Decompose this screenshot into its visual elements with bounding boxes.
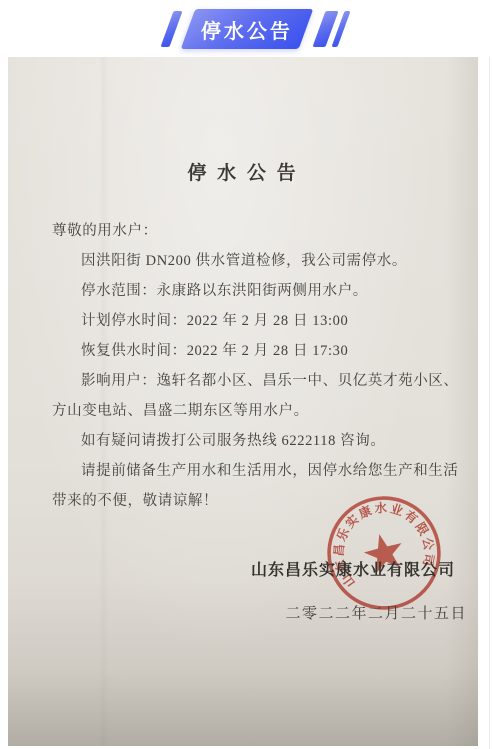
salutation: 尊敬的用水户： — [52, 216, 464, 246]
banner-ribbon: 停水公告 — [180, 9, 313, 49]
paragraph-hotline: 如有疑问请拨打公司服务热线 6222118 咨询。 — [52, 426, 464, 456]
paragraph-restore-time: 恢复供水时间：2022 年 2 月 28 日 17:30 — [52, 336, 464, 366]
banner-slash-left-icon — [160, 11, 182, 47]
paragraph-affected-users: 影响用户：逸轩名都小区、昌乐一中、贝亿英才苑小区、方山变电站、昌盛二期东区等用水… — [52, 366, 464, 426]
page-edge-divider — [489, 57, 490, 749]
page: { "banner": { "title": "停水公告", "accent_c… — [0, 0, 492, 749]
paragraph-reason: 因洪阳街 DN200 供水管道检修，我公司需停水。 — [52, 246, 464, 276]
paragraph-start-time: 计划停水时间：2022 年 2 月 28 日 13:00 — [52, 306, 464, 336]
paragraph-scope: 停水范围：永康路以东洪阳街两侧用水户。 — [52, 276, 464, 306]
notice-photo: 停 水 公 告 尊敬的用水户： 因洪阳街 DN200 供水管道检修，我公司需停水… — [8, 57, 478, 746]
signature-company: 山东昌乐实康水业有限公司 — [251, 557, 455, 580]
banner: 停水公告 — [9, 9, 492, 49]
signature-date: 二零二二年二月二十五日 — [285, 602, 467, 623]
document-title: 停 水 公 告 — [8, 57, 478, 185]
banner-title: 停水公告 — [201, 15, 293, 44]
